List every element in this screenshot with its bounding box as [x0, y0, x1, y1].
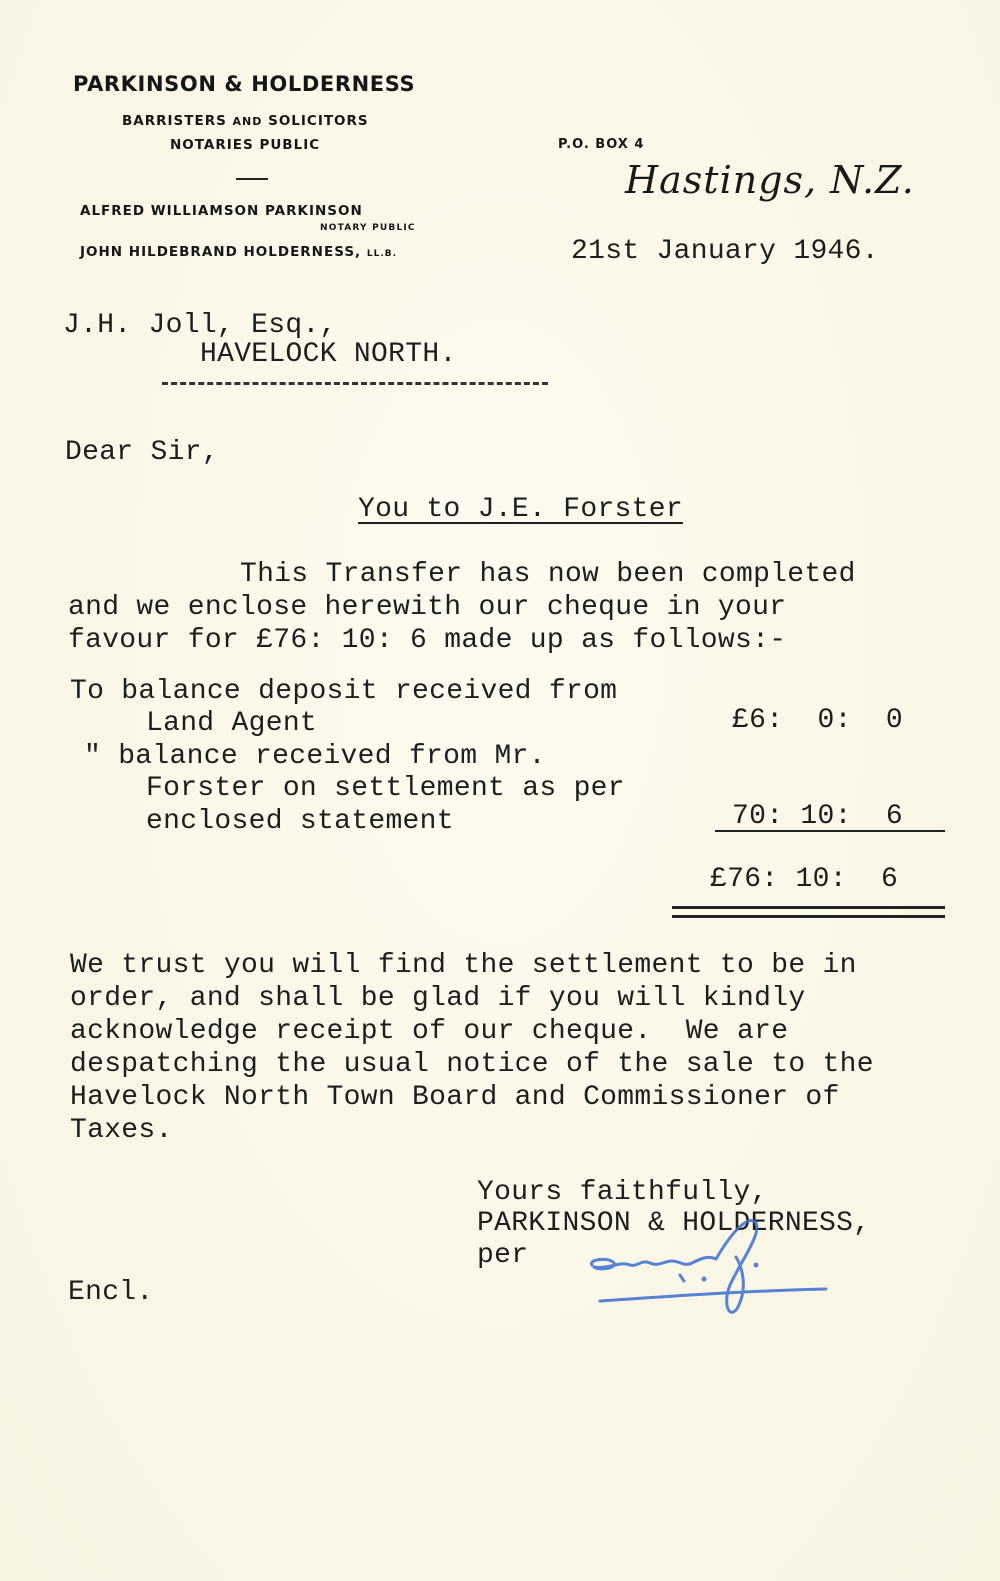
subject-heading: You to J.E. Forster — [358, 494, 683, 525]
body-line: Taxes. — [70, 1115, 173, 1146]
handwritten-signature — [580, 1215, 840, 1325]
letterhead-divider — [236, 178, 268, 180]
total-double-rule — [672, 906, 945, 918]
firm-profession: BARRISTERS AND SOLICITORS — [122, 113, 369, 129]
statement-item-line: Forster on settlement as per — [146, 773, 625, 804]
profession-text-2: SOLICITORS — [262, 113, 368, 129]
subtotal-rule — [715, 830, 945, 832]
body-line: Havelock North Town Board and Commission… — [70, 1082, 840, 1113]
statement-item-line: enclosed statement — [146, 806, 454, 837]
body-line: We trust you will find the settlement to… — [70, 950, 857, 981]
body-line: order, and shall be glad if you will kin… — [70, 983, 805, 1014]
closing: Yours faithfully, — [477, 1177, 768, 1208]
body-line: acknowledge receipt of our cheque. We ar… — [70, 1016, 788, 1047]
profession-text: BARRISTERS — [122, 113, 233, 129]
statement-amount: £6: 0: 0 — [732, 705, 903, 736]
body-line: This Transfer has now been completed — [240, 559, 856, 590]
statement-item-line: " balance received from Mr. — [84, 741, 546, 772]
po-box: P.O. BOX 4 — [558, 137, 644, 152]
letter-page: PARKINSON & HOLDERNESS BARRISTERS AND SO… — [0, 0, 1000, 1581]
city-script: Hastings, N.Z. — [625, 158, 915, 202]
recipient-name: J.H. Joll, Esq., — [63, 310, 337, 341]
firm-name: PARKINSON & HOLDERNESS — [73, 72, 415, 96]
partner-2-name: JOHN HILDEBRAND HOLDERNESS, — [80, 244, 367, 260]
body-line: favour for £76: 10: 6 made up as follows… — [68, 625, 786, 656]
signoff-per: per — [477, 1240, 528, 1271]
letter-date: 21st January 1946. — [571, 236, 879, 267]
body-line: and we enclose herewith our cheque in yo… — [68, 592, 786, 623]
partner-2: JOHN HILDEBRAND HOLDERNESS, LL.B. — [80, 244, 397, 260]
statement-amount: 70: 10: 6 — [732, 801, 903, 832]
statement-item-line: To balance deposit received from — [70, 676, 617, 707]
partner-2-degree: LL.B. — [367, 249, 397, 259]
partner-1: ALFRED WILLIAMSON PARKINSON — [80, 203, 363, 219]
statement-item-line: Land Agent — [146, 708, 317, 739]
address-dashed-rule — [162, 382, 548, 385]
profession-and: AND — [233, 115, 263, 128]
body-line: despatching the usual notice of the sale… — [70, 1049, 874, 1080]
enclosure-note: Encl. — [68, 1277, 154, 1308]
partner-1-title: NOTARY PUBLIC — [320, 223, 416, 233]
recipient-location: HAVELOCK NORTH. — [200, 339, 457, 370]
salutation: Dear Sir, — [65, 437, 219, 468]
firm-notaries: NOTARIES PUBLIC — [170, 137, 320, 153]
statement-total: £76: 10: 6 — [710, 864, 898, 895]
